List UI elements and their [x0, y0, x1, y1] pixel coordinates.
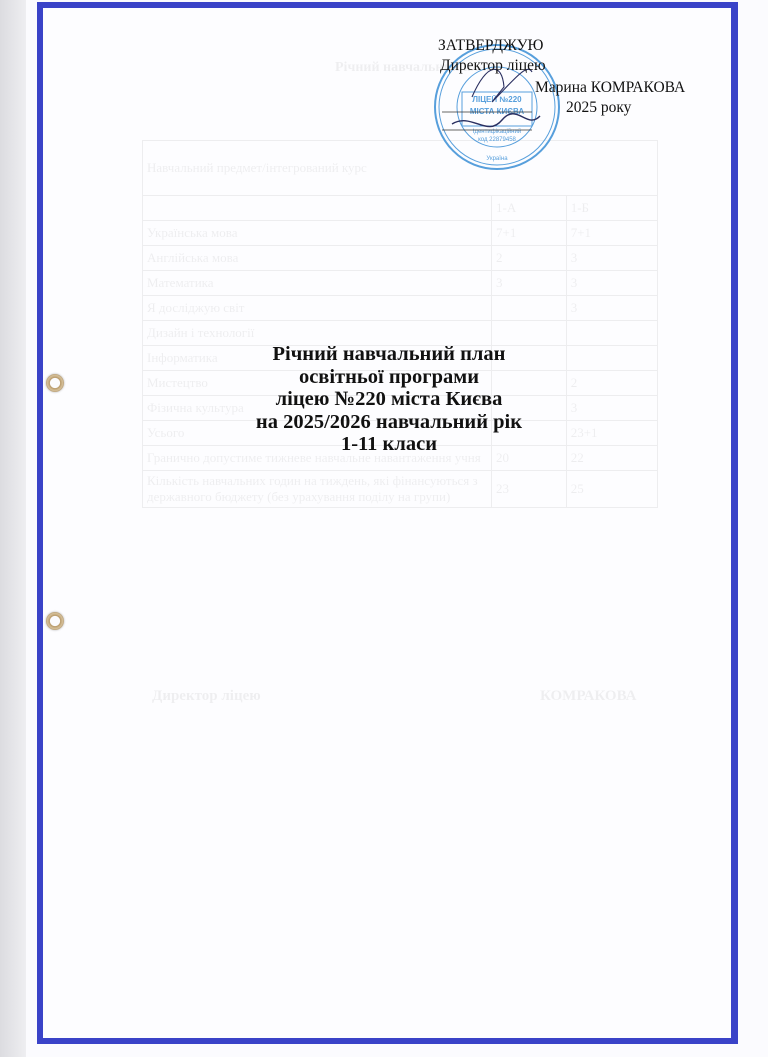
title-line-1: Річний навчальний план: [200, 343, 578, 366]
stamp-line4: код 22879458: [478, 137, 516, 143]
show-through-row: Кількість навчальних годин на тиждень, я…: [143, 471, 658, 508]
show-through-row: Англійська мова23: [143, 246, 658, 271]
approval-name: Марина КОМРАКОВА: [535, 78, 685, 98]
title-line-4: на 2025/2026 навчальний рік: [200, 411, 578, 434]
show-through-row: Українська мова7+17+1: [143, 221, 658, 246]
show-through-row: Математика33: [143, 271, 658, 296]
stamp-line3: Ідентифікаційний: [473, 128, 521, 135]
binder-grommet-top: [46, 374, 64, 392]
approval-date: 2025 року: [566, 98, 631, 118]
title-line-5: 1-11 класи: [200, 433, 578, 456]
show-through-row: Дизайн і технології: [143, 321, 658, 346]
approval-role: Директор ліцею: [440, 56, 546, 76]
scan-shadow: [0, 0, 26, 1057]
document-title: Річний навчальний план освітньої програм…: [200, 343, 578, 456]
show-through-row: Я досліджую світ3: [143, 296, 658, 321]
title-line-3: ліцею №220 міста Києва: [200, 388, 578, 411]
title-line-2: освітньої програми: [200, 366, 578, 389]
approval-title: ЗАТВЕРДЖУЮ: [438, 36, 543, 56]
stamp-bottom: Україна: [486, 156, 508, 162]
binder-grommet-bottom: [46, 612, 64, 630]
